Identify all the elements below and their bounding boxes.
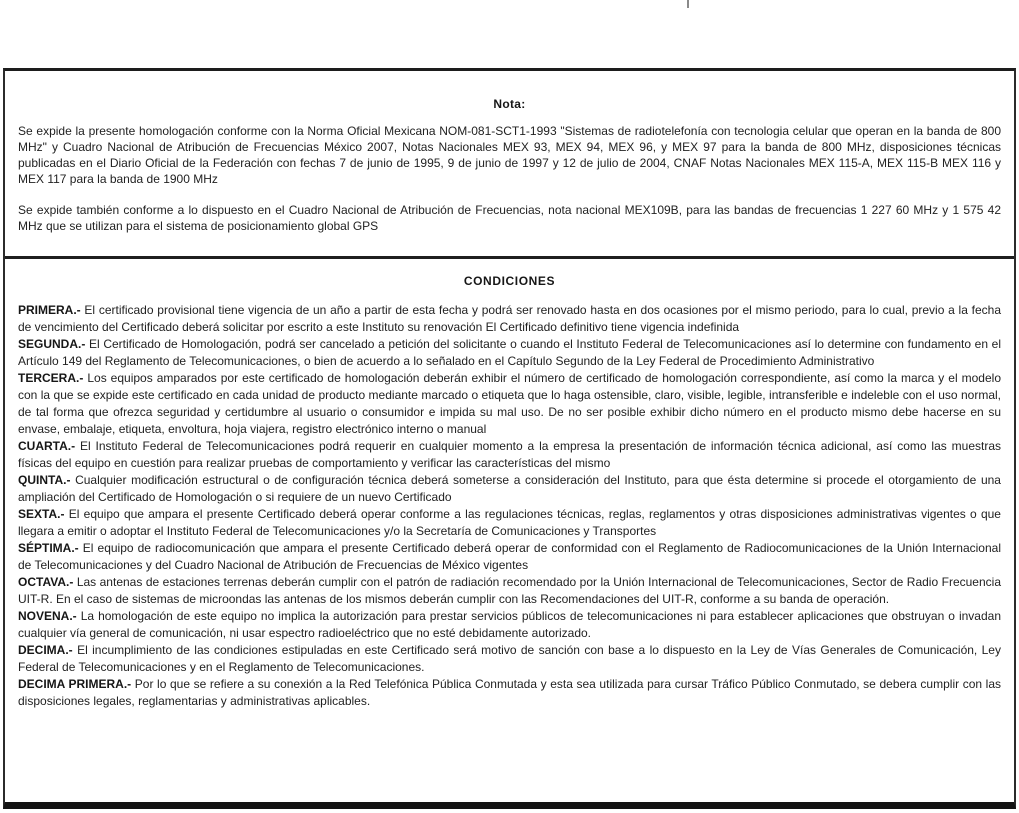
condition-item: NOVENA.- La homologación de este equipo … [18,608,1001,642]
condition-item: SEXTA.- El equipo que ampara el presente… [18,506,1001,540]
certificate-document: Nota: Se expide la presente homologación… [3,68,1016,809]
condition-text: Las antenas de estaciones terrenas deber… [18,575,1001,606]
condition-label: TERCERA.- [18,371,83,385]
condition-label: OCTAVA.- [18,575,73,589]
condition-text: El Certificado de Homologación, podrá se… [18,337,1001,368]
scan-tick-mark [687,0,689,8]
condition-item: OCTAVA.- Las antenas de estaciones terre… [18,574,1001,608]
condition-label: SÉPTIMA.- [18,541,79,555]
condition-label: DECIMA.- [18,643,73,657]
condition-text: Por lo que se refiere a su conexión a la… [18,677,1001,708]
condition-text: El certificado provisional tiene vigenci… [18,303,1001,334]
conditions-title: CONDICIONES [18,259,1001,302]
condition-label: DECIMA PRIMERA.- [18,677,131,691]
condition-item: DECIMA PRIMERA.- Por lo que se refiere a… [18,676,1001,710]
condition-label: SEGUNDA.- [18,337,85,351]
condition-item: TERCERA.- Los equipos amparados por este… [18,370,1001,438]
condition-item: SEGUNDA.- El Certificado de Homologación… [18,336,1001,370]
nota-title: Nota: [18,71,1001,123]
conditions-section: CONDICIONES PRIMERA.- El certificado pro… [5,259,1014,718]
condition-label: CUARTA.- [18,439,75,453]
condition-label: PRIMERA.- [18,303,81,317]
condition-text: El equipo que ampara el presente Certifi… [18,507,1001,538]
nota-section: Nota: Se expide la presente homologación… [5,71,1014,259]
condition-text: La homologación de este equipo no implic… [18,609,1001,640]
condition-item: DECIMA.- El incumplimiento de las condic… [18,642,1001,676]
condition-text: Los equipos amparados por este certifica… [18,371,1001,436]
condition-text: Cualquier modificación estructural o de … [18,473,1001,504]
condition-label: QUINTA.- [18,473,70,487]
condition-text: El incumplimiento de las condiciones est… [18,643,1001,674]
condition-label: NOVENA.- [18,609,77,623]
condition-item: CUARTA.- El Instituto Federal de Telecom… [18,438,1001,472]
nota-paragraph: Se expide también conforme a lo dispuest… [18,202,1001,234]
nota-paragraph: Se expide la presente homologación confo… [18,123,1001,187]
condition-label: SEXTA.- [18,507,64,521]
condition-text: El equipo de radiocomunicación que ampar… [18,541,1001,572]
condition-text: El Instituto Federal de Telecomunicacion… [18,439,1001,470]
condition-item: QUINTA.- Cualquier modificación estructu… [18,472,1001,506]
condition-item: SÉPTIMA.- El equipo de radiocomunicación… [18,540,1001,574]
condition-item: PRIMERA.- El certificado provisional tie… [18,302,1001,336]
conditions-list: PRIMERA.- El certificado provisional tie… [18,302,1001,710]
